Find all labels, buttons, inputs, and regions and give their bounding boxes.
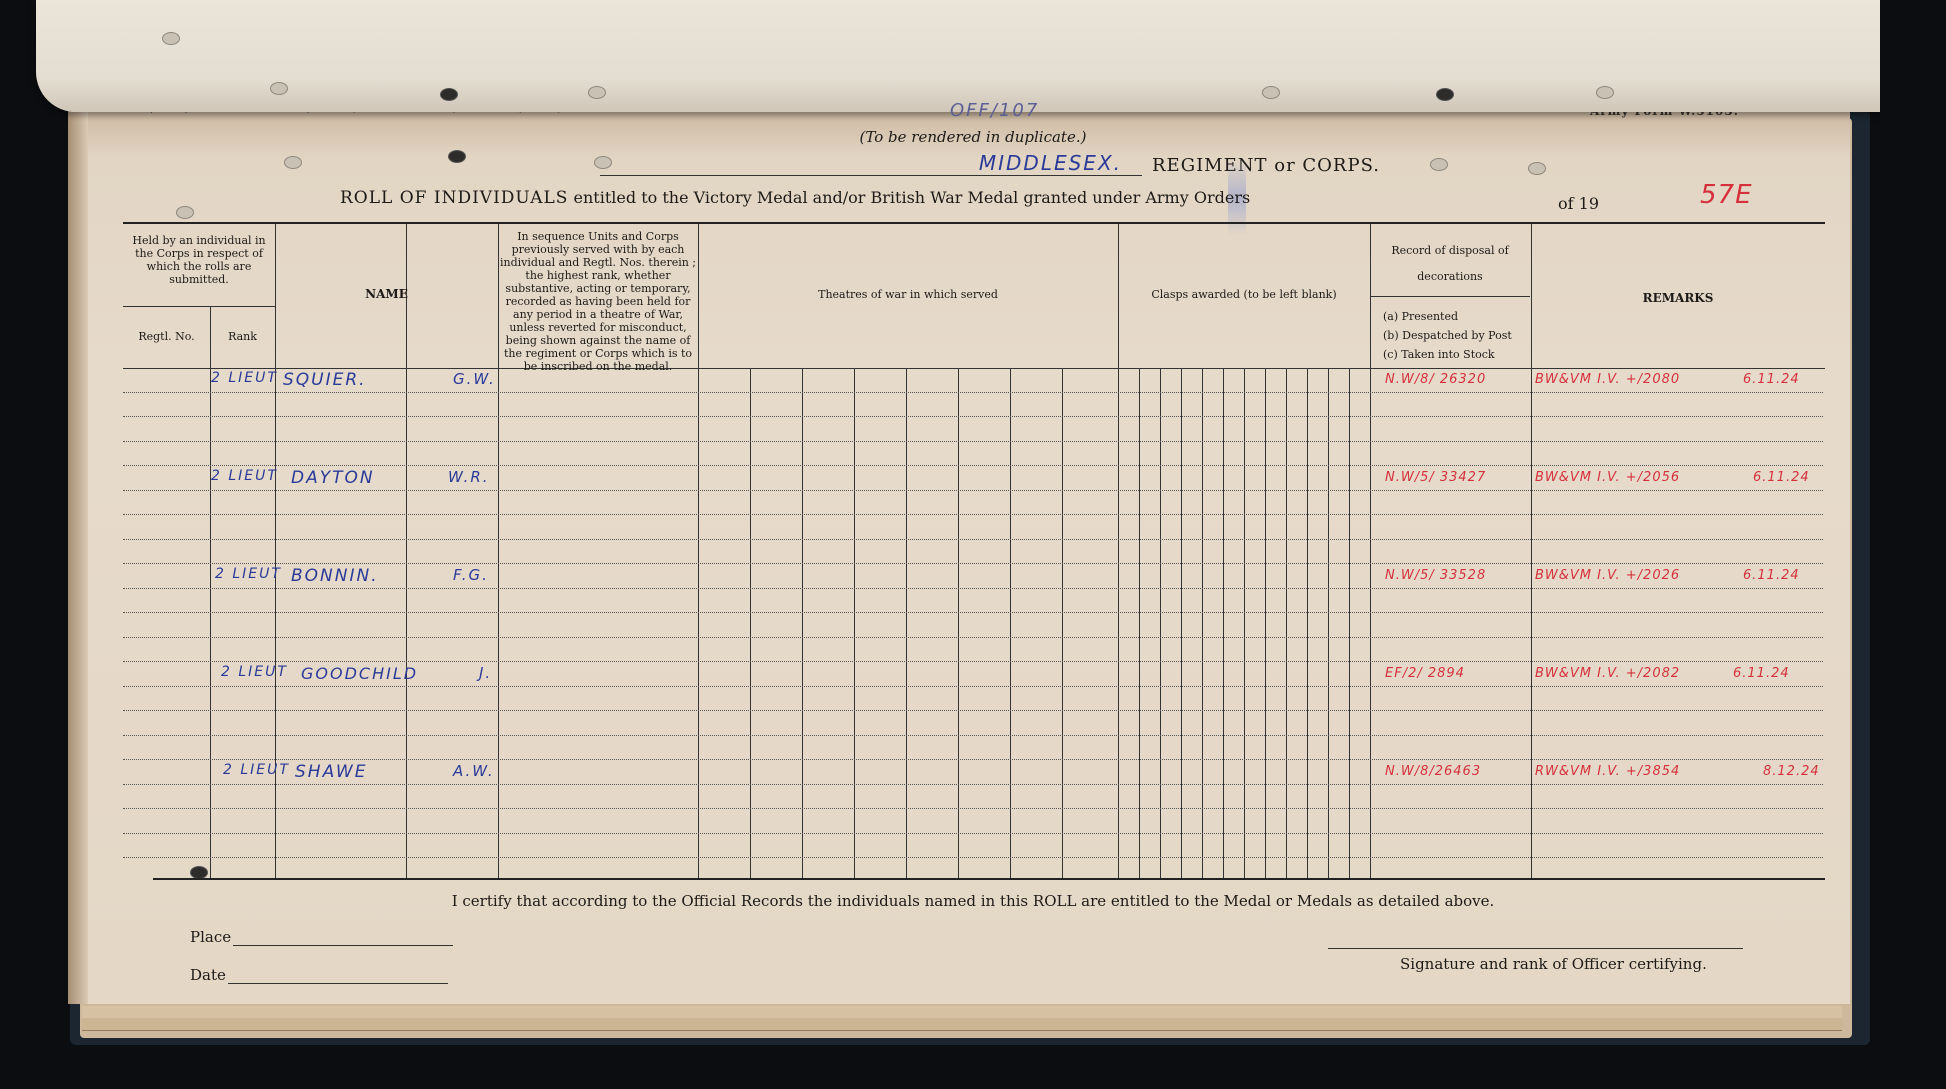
punch-hole xyxy=(588,86,606,99)
header-held-by: Held by an individual in the Corps in re… xyxy=(123,234,275,286)
page-gutter xyxy=(68,104,88,1004)
header-disposal-a: (a) Presented xyxy=(1383,310,1458,323)
row-initials: W.R. xyxy=(448,468,490,486)
row-surname: Squier. xyxy=(283,370,367,390)
header-name: NAME xyxy=(275,288,498,301)
row-rank: 2 Lieut xyxy=(211,468,278,484)
header-disposal: Record of disposal of decorations xyxy=(1370,238,1530,290)
roll-table: Held by an individual in the Corps in re… xyxy=(123,220,1825,880)
regiment-field: Middlesex. REGIMENT or CORPS. xyxy=(600,155,1380,176)
row-remarks: RW&VM I.V. +/3854 xyxy=(1535,764,1680,779)
row-rank: 2 Lieut xyxy=(211,370,278,386)
row-disposal: EF/2/ 2894 xyxy=(1385,666,1465,681)
header-rank: Rank xyxy=(210,330,275,343)
of-year: of 19 xyxy=(1558,194,1599,213)
date-label: Date xyxy=(190,966,226,984)
row-date: 8.12.24 xyxy=(1763,764,1820,779)
row-remarks: BW&VM I.V. +/2080 xyxy=(1535,372,1680,387)
place-field[interactable]: Place xyxy=(190,928,453,946)
row-surname: Bonnin. xyxy=(291,566,379,586)
row-initials: G.W. xyxy=(453,370,496,388)
row-initials: A.W. xyxy=(453,762,495,780)
row-initials: J. xyxy=(479,664,492,682)
row-surname: Goodchild xyxy=(301,664,418,683)
row-initials: F.G. xyxy=(453,566,489,584)
certification-text: I certify that according to the Official… xyxy=(0,892,1946,910)
row-date: 6.11.24 xyxy=(1733,666,1790,681)
place-line[interactable] xyxy=(233,931,453,946)
signature-label: Signature and rank of Officer certifying… xyxy=(1400,955,1707,973)
place-label: Place xyxy=(190,928,231,946)
page-edges xyxy=(82,1018,1842,1031)
row-date: 6.11.24 xyxy=(1743,568,1800,583)
punch-hole xyxy=(448,150,466,163)
row-disposal: N.W/8/26463 xyxy=(1385,764,1481,779)
punch-hole xyxy=(440,88,458,101)
punch-hole xyxy=(284,156,302,169)
header-disposal-b: (b) Despatched by Post xyxy=(1383,329,1512,342)
regiment-label: REGIMENT or CORPS. xyxy=(1152,155,1380,176)
title-heading: ROLL OF INDIVIDUALS xyxy=(340,188,568,208)
date-field[interactable]: Date xyxy=(190,966,448,984)
signature-line[interactable] xyxy=(1328,948,1743,949)
header-theatres: Theatres of war in which served xyxy=(698,288,1118,301)
duplicate-note: (To be rendered in duplicate.) xyxy=(0,128,1946,146)
punch-hole xyxy=(1430,158,1448,171)
punch-hole xyxy=(1528,162,1546,175)
punch-hole xyxy=(1596,86,1614,99)
row-date: 6.11.24 xyxy=(1743,372,1800,387)
punch-hole xyxy=(270,82,288,95)
row-surname: Shawe xyxy=(295,762,367,782)
header-remarks: REMARKS xyxy=(1531,292,1825,305)
punch-hole xyxy=(176,206,194,219)
row-remarks: BW&VM I.V. +/2026 xyxy=(1535,568,1680,583)
row-rank: 2 Lieut xyxy=(223,762,290,778)
row-date: 6.11.24 xyxy=(1753,470,1810,485)
row-surname: Dayton xyxy=(291,468,375,488)
row-rank: 2 Lieut xyxy=(215,566,282,582)
header-disposal-c: (c) Taken into Stock xyxy=(1383,348,1495,361)
punch-hole xyxy=(1436,88,1454,101)
punch-hole xyxy=(1262,86,1280,99)
reference-number: OFF/107 xyxy=(950,100,1039,121)
row-rank: 2 Lieut xyxy=(221,664,288,680)
row-disposal: N.W/5/ 33427 xyxy=(1385,470,1486,485)
title-text: entitled to the Victory Medal and/or Bri… xyxy=(568,188,1250,207)
background-dark xyxy=(1880,0,1946,1089)
header-clasps: Clasps awarded (to be left blank) xyxy=(1118,288,1370,301)
form-title: ROLL OF INDIVIDUALS entitled to the Vict… xyxy=(340,188,1250,208)
date-line[interactable] xyxy=(228,969,448,984)
header-regtl-no: Regtl. No. xyxy=(123,330,210,343)
row-remarks: BW&VM I.V. +/2082 xyxy=(1535,666,1680,681)
page-number: 57E xyxy=(1700,180,1753,210)
punch-hole xyxy=(162,32,180,45)
row-disposal: N.W/8/ 26320 xyxy=(1385,372,1486,387)
header-units: In sequence Units and Corps previously s… xyxy=(500,230,696,373)
row-disposal: N.W/5/ 33528 xyxy=(1385,568,1486,583)
previous-page-flap[interactable] xyxy=(36,0,1896,112)
row-remarks: BW&VM I.V. +/2056 xyxy=(1535,470,1680,485)
regiment-value: Middlesex. xyxy=(979,151,1122,175)
